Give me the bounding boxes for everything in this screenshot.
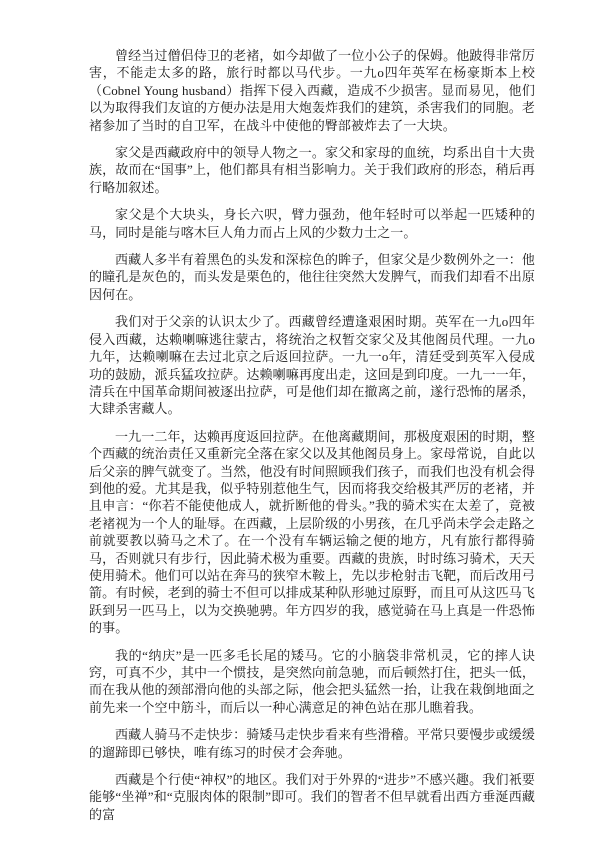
- paragraph-6: 一九一二年，达赖再度返回拉萨。在他离藏期间，那极度艰困的时期，整个西藏的统治责任…: [89, 428, 535, 637]
- paragraph-8: 西藏人骑马不走快步：骑矮马走快步看来有些滑稽。平常只要慢步或缓缓的遛蹄即已够快，…: [89, 726, 535, 761]
- paragraph-4: 西藏人多半有着黑色的头发和深棕色的眸子，但家父是少数例外之一：他的瞳孔是灰色的，…: [89, 251, 535, 303]
- document-page: 曾经当过僧侣侍卫的老褚，如今却做了一位小公子的保姆。他跛得非常厉害，不能走太多的…: [0, 0, 613, 843]
- paragraph-9: 西藏是个行使“神权”的地区。我们对于外界的“进步”不感兴趣。我们衹要能够“坐禅”…: [89, 771, 535, 823]
- paragraph-3: 家父是个大块头，身长六呎，臂力强劲，他年轻时可以举起一匹矮种的马，同时是能与喀木…: [89, 206, 535, 241]
- paragraph-1: 曾经当过僧侣侍卫的老褚，如今却做了一位小公子的保姆。他跛得非常厉害，不能走太多的…: [89, 47, 535, 134]
- document-content: 曾经当过僧侣侍卫的老褚，如今却做了一位小公子的保姆。他跛得非常厉害，不能走太多的…: [89, 47, 535, 823]
- paragraph-2: 家父是西藏政府中的领导人物之一。家父和家母的血统，均系出自十大贵族，故而在“国事…: [89, 144, 535, 196]
- paragraph-5: 我们对于父亲的认识太少了。西藏曾经遭逢艰困时期。英军在一九o四年侵入西藏，达赖喇…: [89, 313, 535, 417]
- paragraph-7: 我的“纳庆”是一匹多毛长尾的矮马。它的小脑袋非常机灵，它的摔人诀窍，可真不少，其…: [89, 647, 535, 717]
